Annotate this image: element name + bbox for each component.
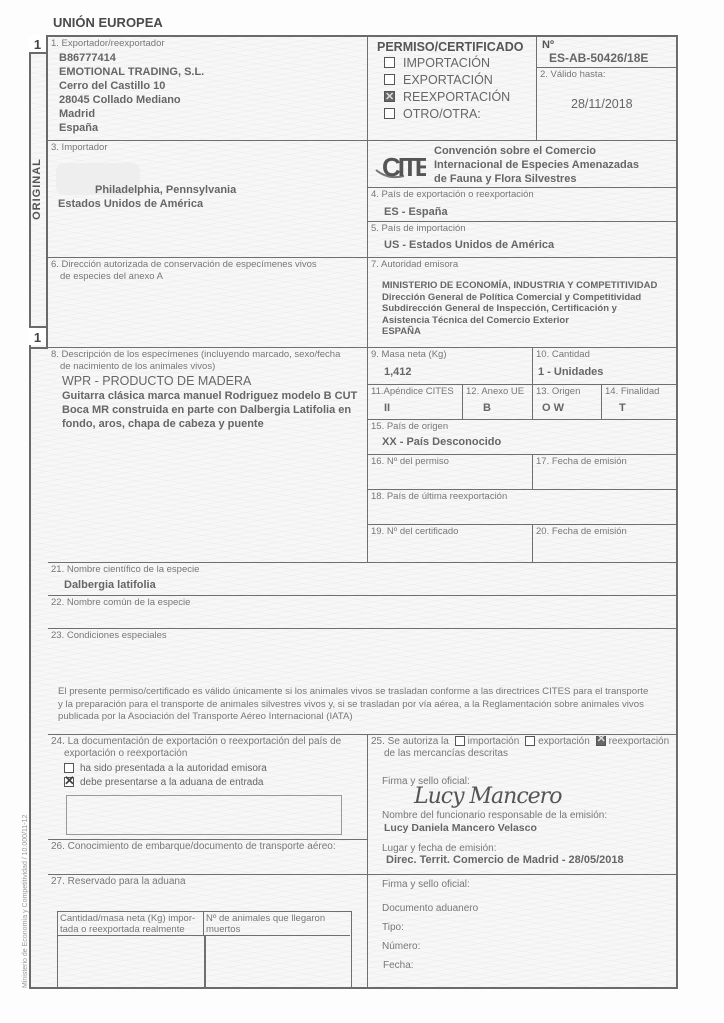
option-label: importación xyxy=(468,736,520,747)
scientific-name-label: 21. Nombre científico de la especie xyxy=(48,563,677,575)
authority-line: Asistencia Técnica del Comercio Exterior xyxy=(382,315,677,327)
annex-label: 12. Anexo UE xyxy=(463,385,532,397)
documentation-label-cont: exportación o reexportación xyxy=(48,747,367,759)
permit-option-other[interactable]: OTRO/OTRA: xyxy=(384,106,536,123)
quantity-label: 10. Cantidad xyxy=(533,348,677,360)
customs-label: 27. Reservado para la aduana xyxy=(48,875,367,887)
common-name-label: 22. Nombre común de la especie xyxy=(48,596,677,608)
description-label: 8. Descripción de los especímenes (inclu… xyxy=(48,348,367,360)
option-label: exportación xyxy=(538,736,590,747)
box-issuing-authority: 7. Autoridad emisora MINISTERIO DE ECONO… xyxy=(368,258,678,348)
conservation-label-cont: de especies del anexo A xyxy=(48,270,367,282)
certificate-no-label: 19. Nº del certificado xyxy=(368,525,532,537)
customs-signature-label: Firma y sello oficial: xyxy=(379,878,470,890)
copy-column: 1 ORIGINAL 1 xyxy=(29,35,48,347)
divider xyxy=(29,347,48,349)
box-country-of-origin: 15. País de origen XX - País Desconocido xyxy=(368,420,678,455)
place-date-value: Direc. Territ. Comercio de Madrid - 28/0… xyxy=(386,853,624,867)
special-conditions-label: 23. Condiciones especiales xyxy=(48,629,677,641)
box-import-country: 5. País de importación US - Estados Unid… xyxy=(368,222,678,258)
country-origin-value: XX - País Desconocido xyxy=(382,435,501,449)
box-certificate-date: 20. Fecha de emisión xyxy=(533,525,678,563)
customs-quantity-input[interactable] xyxy=(58,936,204,989)
checkbox-auth-import[interactable] xyxy=(455,736,465,746)
description-label-cont: de nacimiento de los animales vivos) xyxy=(48,360,367,372)
importer-city: Philadelphia, Pennsylvania xyxy=(95,183,236,197)
condition-line: y la preparación para el transporte de a… xyxy=(58,699,648,712)
box-quantity: 10. Cantidad 1 - Unidades xyxy=(533,348,678,385)
customs-table: Cantidad/masa neta (Kg) impor- tada o re… xyxy=(57,911,352,988)
official-name: Lucy Daniela Mancero Velasco xyxy=(384,821,537,835)
exporter-line: B86777414 xyxy=(59,51,367,65)
box-conservation-address: 6. Dirección autorizada de conservación … xyxy=(48,258,368,348)
customs-col-quantity: Cantidad/masa neta (Kg) impor- tada o re… xyxy=(58,912,204,936)
customs-type-label: Tipo: xyxy=(379,921,404,933)
export-country-value: ES - España xyxy=(384,205,448,219)
last-reexport-label: 18. País de última reexportación xyxy=(368,490,677,502)
documentation-input[interactable] xyxy=(66,795,342,835)
col-header: tada o reexportada realmente xyxy=(60,924,201,935)
box-authorization: 25. Se autoriza la importación exportaci… xyxy=(368,735,678,875)
permit-date-label: 17. Fecha de emisión xyxy=(533,455,677,467)
copy-number-bottom: 1 xyxy=(29,326,46,345)
document-header: UNIÓN EUROPEA xyxy=(53,15,163,30)
box-last-reexport-country: 18. País de última reexportación xyxy=(368,490,678,525)
customs-dead-input[interactable] xyxy=(206,936,351,989)
annex-value: B xyxy=(483,401,491,415)
box-special-conditions: 23. Condiciones especiales El presente p… xyxy=(48,629,678,735)
cites-line: Convención sobre el Comercio xyxy=(434,144,639,158)
cites-header: CITES Convención sobre el Comercio Inter… xyxy=(368,141,678,188)
authorization-label: 25. Se autoriza la xyxy=(371,736,449,747)
box-scientific-name: 21. Nombre científico de la especie Dalb… xyxy=(48,563,678,596)
box-eu-annex: 12. Anexo UE B xyxy=(463,385,533,420)
permit-option-reexport[interactable]: REEXPORTACIÓN xyxy=(384,89,536,106)
checkbox-export[interactable] xyxy=(384,74,395,85)
number-label: Nº xyxy=(537,37,677,51)
cites-line: Internacional de Especies Amenazadas xyxy=(434,158,639,172)
scientific-name-value: Dalbergia latifolia xyxy=(64,578,156,592)
box-permit-number: Nº ES-AB-50426/18E xyxy=(537,37,678,68)
exporter-line: Madrid xyxy=(59,107,367,121)
box-origin: 13. Origen O W xyxy=(533,385,602,420)
country-origin-label: 15. País de origen xyxy=(368,420,677,432)
box-cites-appendix: 11.Apéndice CITES II xyxy=(368,385,463,420)
customs-number-label: Número: xyxy=(379,940,420,952)
checkbox-other[interactable] xyxy=(384,108,395,119)
exporter-line: Cerro del Castillo 10 xyxy=(59,79,367,93)
cites-logo-icon: CITES xyxy=(374,146,426,186)
box-specimen-description: 8. Descripción de los especímenes (inclu… xyxy=(48,348,368,563)
copy-number-top: 1 xyxy=(29,35,46,54)
col-header: Cantidad/masa neta (Kg) impor- xyxy=(60,913,201,924)
description-heading: WPR - PRODUCTO DE MADERA xyxy=(62,374,367,389)
conservation-label: 6. Dirección autorizada de conservación … xyxy=(48,258,367,270)
permit-no-label: 16. Nº del permiso xyxy=(368,455,532,467)
net-mass-value: 1,412 xyxy=(384,365,412,379)
option-label: debe presentarse a la aduana de entrada xyxy=(80,777,263,788)
option-label: REEXPORTACIÓN xyxy=(403,90,510,104)
documentation-label: 24. La documentación de exportación o re… xyxy=(48,735,367,747)
purpose-value: T xyxy=(619,401,626,415)
quantity-value: 1 - Unidades xyxy=(538,365,603,379)
exporter-line: 28045 Collado Mediano xyxy=(59,93,367,107)
import-country-value: US - Estados Unidos de América xyxy=(384,238,554,252)
side-note: Ministerio de Economía y Competitividad … xyxy=(22,815,29,988)
box-purpose: 14. Finalidad T xyxy=(602,385,678,420)
box-certificate-number: 19. Nº del certificado xyxy=(368,525,533,563)
importer-label: 3. Importador xyxy=(48,141,367,153)
checkbox-presented[interactable] xyxy=(64,763,74,773)
box-importer: 3. Importador Philadelphia, Pennsylvania… xyxy=(48,141,368,258)
condition-line: publicada por la Asociación del Transpor… xyxy=(58,711,648,724)
importer-country: Estados Unidos de América xyxy=(58,197,203,211)
checkbox-auth-reexport-checked[interactable] xyxy=(596,736,606,746)
transport-doc-label: 26. Conocimiento de embarque/documento d… xyxy=(48,840,367,852)
valid-until-date: 28/11/2018 xyxy=(571,97,633,112)
box-net-mass: 9. Masa neta (Kg) 1,412 xyxy=(368,348,533,385)
option-label: ha sido presentada a la autoridad emisor… xyxy=(80,763,267,774)
authority-label: 7. Autoridad emisora xyxy=(368,258,677,270)
exporter-line: EMOTIONAL TRADING, S.L. xyxy=(59,65,367,79)
certificate-date-label: 20. Fecha de emisión xyxy=(533,525,677,537)
authority-line: Subdirección General de Inspección, Cert… xyxy=(382,303,677,315)
exporter-label: 1. Exportador/reexportador xyxy=(48,37,367,49)
customs-date-label: Fecha: xyxy=(380,959,414,971)
cites-line: de Fauna y Flora Silvestres xyxy=(434,172,639,186)
permit-option-import[interactable]: IMPORTACIÓN xyxy=(384,55,536,72)
authority-line: ESPAÑA xyxy=(382,326,677,338)
description-line: Guitarra clásica marca manuel Rodriguez … xyxy=(62,389,367,403)
condition-line: El presente permiso/certificado es válid… xyxy=(58,686,648,699)
col-header: muertos xyxy=(206,924,348,935)
box-valid-until: 2. Válido hasta: 28/11/2018 xyxy=(537,68,678,141)
net-mass-label: 9. Masa neta (Kg) xyxy=(368,348,532,360)
permit-title: PERMISO/CERTIFICADO xyxy=(368,37,536,54)
option-label: OTRO/OTRA: xyxy=(403,107,481,121)
checkbox-customs-checked[interactable] xyxy=(64,777,74,787)
box-export-documentation: 24. La documentación de exportación o re… xyxy=(48,735,368,840)
box-permit-number-origin: 16. Nº del permiso xyxy=(368,455,533,490)
box-customs-signature: Firma y sello oficial: Documento aduaner… xyxy=(368,875,678,987)
customs-doc-label: Documento aduanero xyxy=(379,902,478,914)
box-transport-document: 26. Conocimiento de embarque/documento d… xyxy=(48,840,368,875)
customs-col-dead-animals: Nº de animales que llegaron muertos xyxy=(204,912,350,936)
box-permit-type: PERMISO/CERTIFICADO IMPORTACIÓN EXPORTAC… xyxy=(368,37,537,141)
doc-option-customs[interactable]: debe presentarse a la aduana de entrada xyxy=(64,776,367,790)
box-customs-reserved: 27. Reservado para la aduana Cantidad/ma… xyxy=(48,875,368,987)
authorization-label-cont: de las mercancías descritas xyxy=(368,747,677,759)
authority-line: MINISTERIO DE ECONOMÍA, INDUSTRIA Y COMP… xyxy=(382,280,677,292)
appendix-value: II xyxy=(384,401,390,415)
option-label: reexportación xyxy=(609,736,670,747)
purpose-label: 14. Finalidad xyxy=(602,385,677,397)
origin-value: O W xyxy=(542,401,564,415)
origin-label: 13. Origen xyxy=(533,385,601,397)
svg-text:CITES: CITES xyxy=(382,152,426,182)
box-common-name: 22. Nombre común de la especie xyxy=(48,596,678,629)
signature: Lucy Mancero xyxy=(414,784,561,809)
description-line: Boca MR construida en parte con Dalbergi… xyxy=(62,403,367,417)
doc-option-presented[interactable]: ha sido presentada a la autoridad emisor… xyxy=(64,762,367,776)
valid-until-label: 2. Válido hasta: xyxy=(537,68,677,80)
authority-line: Dirección General de Política Comercial … xyxy=(382,292,677,304)
checkbox-reexport-checked[interactable] xyxy=(384,91,395,102)
exporter-line: España xyxy=(59,121,367,135)
checkbox-import[interactable] xyxy=(384,57,395,68)
official-label: Nombre del funcionario responsable de la… xyxy=(379,809,607,821)
appendix-label: 11.Apéndice CITES xyxy=(368,385,462,397)
permit-number: ES-AB-50426/18E xyxy=(549,51,648,65)
import-country-label: 5. País de importación xyxy=(368,222,677,234)
box-export-country: 4. País de exportación o reexportación E… xyxy=(368,188,678,222)
option-label: IMPORTACIÓN xyxy=(403,56,490,70)
col-header: Nº de animales que llegaron xyxy=(206,913,348,924)
option-label: EXPORTACIÓN xyxy=(403,73,493,87)
permit-option-export[interactable]: EXPORTACIÓN xyxy=(384,72,536,89)
box-exporter: 1. Exportador/reexportador B86777414 EMO… xyxy=(48,37,368,141)
checkbox-auth-export[interactable] xyxy=(525,736,535,746)
description-line: fondo, aros, chapa de cabeza y puente xyxy=(62,417,367,431)
copy-label: ORIGINAL xyxy=(31,153,43,225)
export-country-label: 4. País de exportación o reexportación xyxy=(368,188,677,200)
box-permit-date: 17. Fecha de emisión xyxy=(533,455,678,490)
